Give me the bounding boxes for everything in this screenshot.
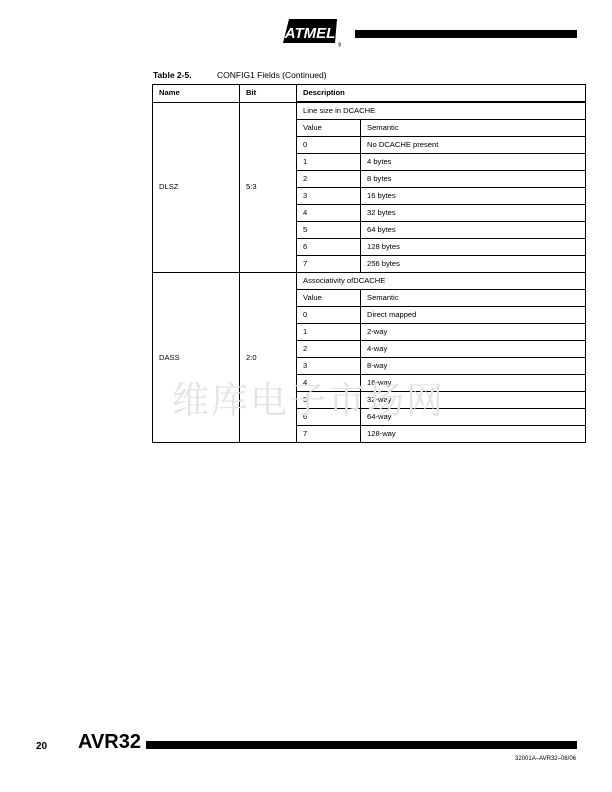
field-name: DLSZ bbox=[153, 102, 240, 273]
col-name: Name bbox=[153, 85, 240, 103]
config1-fields-table: Name Bit Description DLSZ5:3Line size in… bbox=[152, 84, 586, 443]
value-cell: 6 bbox=[297, 409, 361, 426]
table-title: CONFIG1 Fields (Continued) bbox=[217, 70, 327, 80]
value-cell: 0 bbox=[297, 307, 361, 324]
svg-text:®: ® bbox=[338, 42, 341, 47]
field-name: DASS bbox=[153, 273, 240, 443]
product-name: AVR32 bbox=[78, 731, 141, 754]
semantic-cell: 32-way bbox=[361, 392, 586, 409]
field-bit: 2:0 bbox=[240, 273, 297, 443]
semantic-cell: 16-way bbox=[361, 375, 586, 392]
doc-id: 32001A–AVR32–06/06 bbox=[515, 756, 576, 762]
semantic-cell: 32 bytes bbox=[361, 205, 586, 222]
semantic-cell: 4 bytes bbox=[361, 154, 586, 171]
semantic-cell: 64-way bbox=[361, 409, 586, 426]
value-cell: 4 bbox=[297, 375, 361, 392]
value-cell: 2 bbox=[297, 341, 361, 358]
value-cell: 7 bbox=[297, 426, 361, 443]
value-cell: 4 bbox=[297, 205, 361, 222]
semantic-cell: 4-way bbox=[361, 341, 586, 358]
value-cell: 1 bbox=[297, 154, 361, 171]
header-rule bbox=[355, 30, 577, 38]
table-row: DLSZ5:3Line size in DCACHE bbox=[153, 102, 586, 120]
value-cell: 3 bbox=[297, 358, 361, 375]
semantic-cell: Direct mapped bbox=[361, 307, 586, 324]
sub-col-value: Value bbox=[297, 290, 361, 307]
table-header-row: Name Bit Description bbox=[153, 85, 586, 103]
field-description: Associativity ofDCACHE bbox=[297, 273, 586, 290]
value-cell: 2 bbox=[297, 171, 361, 188]
table-number: Table 2-5. bbox=[153, 70, 217, 80]
sub-col-semantic: Semantic bbox=[361, 120, 586, 137]
value-cell: 3 bbox=[297, 188, 361, 205]
field-bit: 5:3 bbox=[240, 102, 297, 273]
value-cell: 5 bbox=[297, 392, 361, 409]
sub-col-value: Value bbox=[297, 120, 361, 137]
semantic-cell: 128-way bbox=[361, 426, 586, 443]
semantic-cell: 64 bytes bbox=[361, 222, 586, 239]
value-cell: 7 bbox=[297, 256, 361, 273]
table-row: DASS2:0Associativity ofDCACHE bbox=[153, 273, 586, 290]
value-cell: 5 bbox=[297, 222, 361, 239]
semantic-cell: 2-way bbox=[361, 324, 586, 341]
semantic-cell: 128 bytes bbox=[361, 239, 586, 256]
value-cell: 0 bbox=[297, 137, 361, 154]
atmel-logo: ATMEL ® bbox=[283, 17, 341, 47]
sub-col-semantic: Semantic bbox=[361, 290, 586, 307]
col-bit: Bit bbox=[240, 85, 297, 103]
page-number: 20 bbox=[36, 741, 47, 752]
semantic-cell: 8 bytes bbox=[361, 171, 586, 188]
table-caption: Table 2-5.CONFIG1 Fields (Continued) bbox=[153, 70, 327, 80]
svg-text:ATMEL: ATMEL bbox=[284, 25, 336, 42]
semantic-cell: No DCACHE present bbox=[361, 137, 586, 154]
value-cell: 6 bbox=[297, 239, 361, 256]
footer-rule bbox=[146, 741, 577, 749]
value-cell: 1 bbox=[297, 324, 361, 341]
semantic-cell: 16 bytes bbox=[361, 188, 586, 205]
col-description: Description bbox=[297, 85, 586, 103]
semantic-cell: 256 bytes bbox=[361, 256, 586, 273]
field-description: Line size in DCACHE bbox=[297, 102, 586, 120]
semantic-cell: 8-way bbox=[361, 358, 586, 375]
